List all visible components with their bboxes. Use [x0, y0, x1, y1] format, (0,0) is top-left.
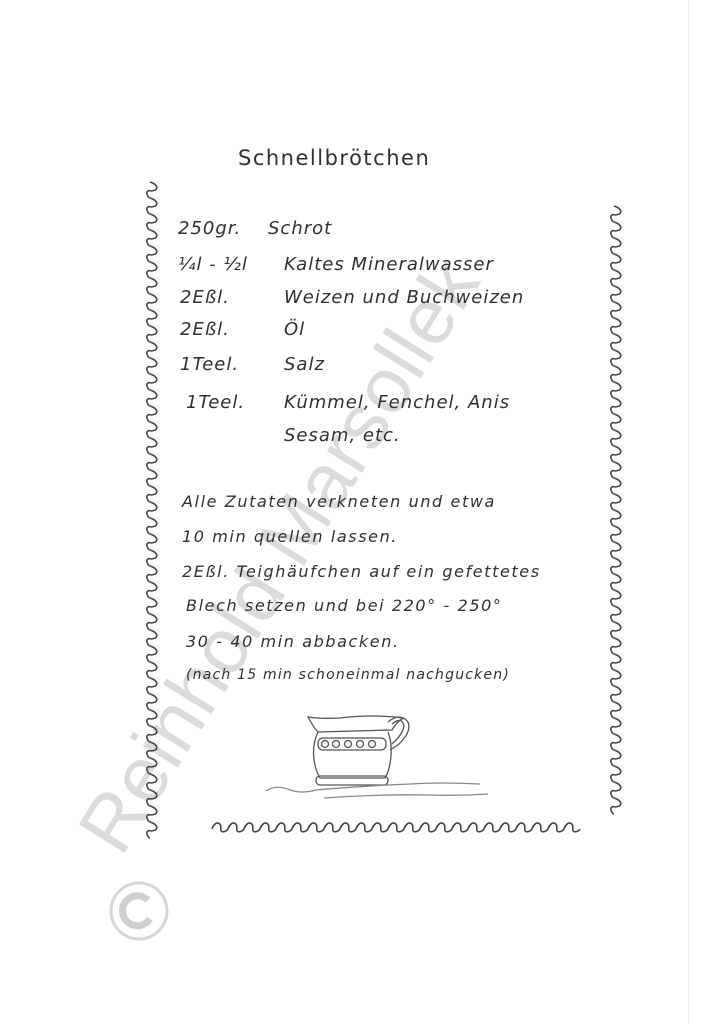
ingredient-quantity: ¼l - ½l	[178, 254, 248, 275]
bottom-wave-border	[212, 823, 580, 832]
ingredient-quantity: 1Teel.	[180, 354, 239, 375]
recipe-title: Schnellbrötchen	[238, 146, 430, 170]
instruction-line: (nach 15 min schoneinmal nachgucken)	[186, 667, 510, 683]
ingredient-quantity: 2Eßl.	[180, 319, 230, 340]
instruction-line: 2Eßl. Teighäufchen auf ein gefettetes	[182, 562, 541, 581]
left-wave-border	[147, 182, 157, 838]
ingredient-item: Kaltes Mineralwasser	[284, 254, 494, 275]
right-wave-border	[611, 206, 621, 814]
ingredient-item: Sesam, etc.	[284, 425, 401, 446]
instruction-line: Blech setzen und bei 220° - 250°	[186, 596, 503, 615]
ingredient-quantity: 250gr.	[178, 218, 241, 239]
instruction-line: 30 - 40 min abbacken.	[186, 632, 400, 651]
ingredient-item: Kümmel, Fenchel, Anis	[284, 392, 510, 413]
ingredient-item: Weizen und Buchweizen	[284, 287, 524, 308]
ingredient-item: Öl	[284, 319, 305, 340]
instruction-line: 10 min quellen lassen.	[182, 527, 398, 546]
ingredient-item: Salz	[284, 354, 325, 375]
ingredient-item: Schrot	[268, 218, 332, 239]
jug-icon	[266, 716, 488, 798]
ingredient-quantity: 1Teel.	[186, 392, 245, 413]
instruction-line: Alle Zutaten verkneten und etwa	[182, 492, 496, 511]
ingredient-quantity: 2Eßl.	[180, 287, 230, 308]
